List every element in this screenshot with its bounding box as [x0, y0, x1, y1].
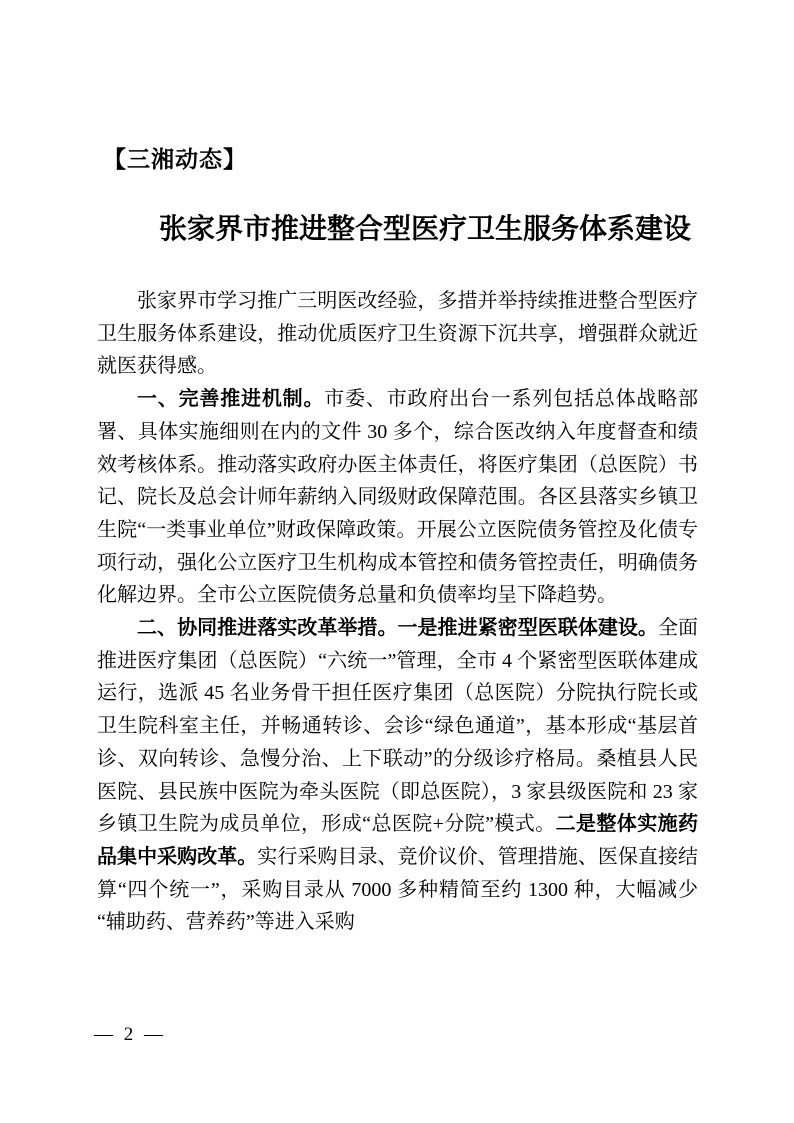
body-text-run: 全面推进医疗集团（总医院）“六统一”管理，全市 4 个紧密型医联体建成运行，选派…: [97, 617, 698, 835]
paragraph-intro: 张家界市学习推广三明医改经验，多措并举持续推进整合型医疗卫生服务体系建设，推动优…: [97, 285, 698, 383]
body-text-run: 张家界市学习推广三明医改经验，多措并举持续推进整合型医疗卫生服务体系建设，推动优…: [97, 290, 698, 377]
section-tag: 【三湘动态】: [103, 141, 247, 174]
body-text-run: 市委、市政府出台一系列包括总体战略部署、具体实施细则在内的文件 30 多个，综合…: [97, 388, 698, 606]
section-heading-run: 一、完善推进机制。: [137, 388, 324, 410]
paragraph-section-2: 二、协同推进落实改革举措。一是推进紧密型医联体建设。全面推进医疗集团（总医院）“…: [97, 612, 698, 939]
paragraph-section-1: 一、完善推进机制。市委、市政府出台一系列包括总体战略部署、具体实施细则在内的文件…: [97, 383, 698, 612]
document-title: 张家界市推进整合型医疗卫生服务体系建设: [125, 207, 725, 247]
section-heading-run: 二、协同推进落实改革举措。: [137, 617, 397, 639]
article-body: 张家界市学习推广三明医改经验，多措并举持续推进整合型医疗卫生服务体系建设，推动优…: [97, 285, 698, 939]
sub-point-heading-run: 一是推进紧密型医联体建设。: [397, 617, 657, 639]
document-page: 【三湘动态】 张家界市推进整合型医疗卫生服务体系建设 张家界市学习推广三明医改经…: [0, 0, 794, 1123]
page-number: — 2 —: [94, 1024, 166, 1046]
